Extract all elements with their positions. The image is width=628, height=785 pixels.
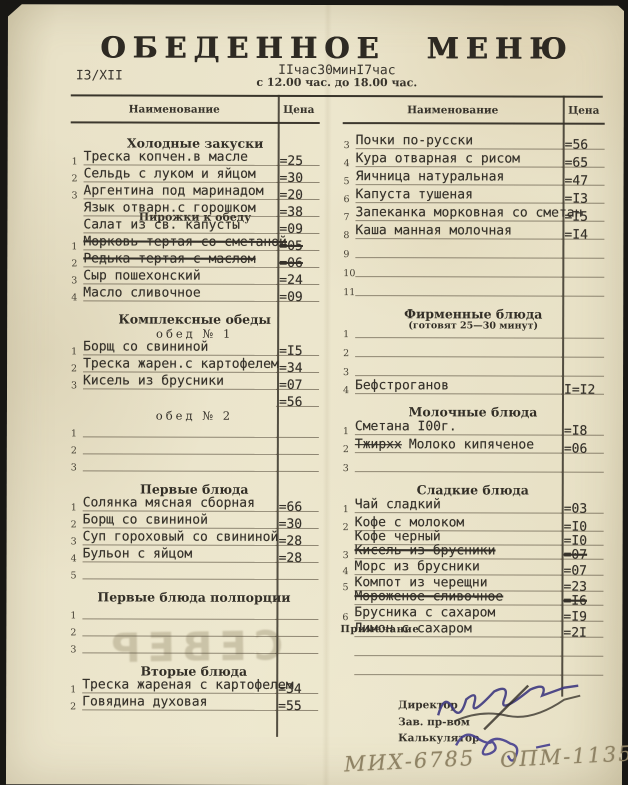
blank-row: 1 <box>69 604 318 622</box>
item-name <box>355 341 562 358</box>
item-price <box>275 638 318 654</box>
menu-item-row: 4Масло сливочное=09 <box>70 286 319 304</box>
item-number: 1 <box>343 329 349 340</box>
item-price: =28 <box>276 547 319 563</box>
item-price <box>561 323 604 339</box>
production-manager-label: Зав. пр-вом <box>398 716 608 733</box>
item-price: =28 <box>276 530 319 546</box>
item-price-text: =55 <box>278 699 302 714</box>
item-number: 1 <box>72 156 78 167</box>
item-name: Почки по-русски <box>356 133 563 150</box>
item-name <box>355 360 562 377</box>
item-price: =I6 <box>560 590 603 606</box>
item-name-text: Чай сладкий <box>355 498 441 512</box>
item-price <box>561 243 604 259</box>
item-name <box>355 322 562 339</box>
item-price <box>561 361 604 377</box>
item-price: =06 <box>276 252 319 268</box>
item-name-text: Сельдь с луком и яйцом <box>84 167 256 181</box>
signature-block: Директор Зав. пр-вом Калькулятор <box>398 699 608 749</box>
item-name <box>83 563 277 580</box>
blank-row: 3 <box>342 359 604 379</box>
item-number: 5 <box>71 570 77 581</box>
item-price-text: I=I2 <box>564 383 595 398</box>
menu-item-row: 8Каша манная молочная=I4 <box>342 223 604 242</box>
item-name: Треска жарен.с картофелем <box>83 356 277 373</box>
item-name <box>354 640 561 657</box>
item-price-text: =09 <box>279 290 303 305</box>
item-price <box>561 342 604 358</box>
section-heading-text: Сладкие блюда <box>417 482 529 497</box>
item-price: I=I2 <box>561 379 604 395</box>
item-price: =03 <box>561 498 604 514</box>
item-price: =I3 <box>562 188 605 204</box>
menu-column-left: Холодные закуски1Треска копчен.в масле=2… <box>69 132 320 713</box>
item-number: 10 <box>343 268 355 279</box>
section-heading-text: Первые блюда <box>140 482 248 497</box>
menu-item-row: 3Почки по-русски=56 <box>343 133 605 152</box>
item-price: =24 <box>276 269 319 285</box>
item-price: =55 <box>275 695 318 711</box>
item-price <box>276 422 319 438</box>
item-name-text: Салат из св. капусты <box>83 218 240 232</box>
item-price: =65 <box>562 152 605 168</box>
item-number: 2 <box>72 173 78 184</box>
menu-item-row: 3Кисель из брусники=07 <box>70 374 319 392</box>
item-price-text: =I8 <box>564 424 588 439</box>
item-name <box>355 456 562 473</box>
item-price: =I8 <box>561 420 604 436</box>
item-price-text: =2I <box>563 626 587 641</box>
paper-crease <box>322 5 332 785</box>
item-name-text: Каша манная молочная <box>355 224 512 238</box>
item-name-text: Лимон с сахаром <box>354 622 471 636</box>
item-name: Аргентина под маринадом <box>84 183 278 200</box>
item-number: 2 <box>71 519 77 530</box>
item-number: 6 <box>343 194 349 205</box>
menu-item-row: 3Суп гороховый со свининой=28 <box>70 530 319 548</box>
section-heading: Комплексные обеды <box>70 311 319 327</box>
menu-item-row: 3Аргентина под маринадом=20 <box>71 184 320 202</box>
menu-item-row: ПримечаниеЛимон с сахаром=2I <box>341 623 603 640</box>
item-number: 1 <box>70 684 76 695</box>
item-name-text: Брусника с сахаром <box>354 606 495 620</box>
item-name: Мороженое сливочное <box>354 589 561 606</box>
item-price-text: =56 <box>565 138 589 153</box>
item-name: ТжирххМолоко кипяченое <box>355 437 562 454</box>
menu-item-row: 1Борщ со свининой=I5 <box>70 340 319 358</box>
item-name: Солянка мясная сборная <box>83 495 277 512</box>
item-number: 11 <box>343 287 355 298</box>
item-number: 5 <box>342 582 348 593</box>
item-name-text: Треска копчен.в масле <box>84 150 248 164</box>
item-number: 1 <box>70 610 76 621</box>
item-name: Треска жареная с картофелем <box>82 677 276 694</box>
item-name: Чай сладкий <box>355 497 562 514</box>
item-number: 2 <box>71 258 77 269</box>
item-price-text: =I4 <box>564 228 588 243</box>
item-name: Морс из брусники <box>355 559 562 576</box>
item-price <box>560 660 603 676</box>
menu-item-row: 7Запеканка морковная со сметан=I5 <box>342 205 604 224</box>
menu-item-row: 4Бульон с яйцом=28 <box>70 547 319 565</box>
blank-row: =56 <box>70 391 319 409</box>
pencil-annotation-left: МИХ-6785 <box>344 746 476 776</box>
item-name-text: Аргентина под маринадом <box>84 184 264 198</box>
item-number: 4 <box>71 553 77 564</box>
item-name: Яичница натуральная <box>356 169 563 186</box>
item-name: Кура отварная с рисом <box>356 151 563 168</box>
menu-item-row: 2Треска жарен.с картофелем=34 <box>70 357 319 375</box>
item-price <box>561 262 604 278</box>
item-name: Кисель из брусники <box>83 373 277 390</box>
item-name-text: Борщ со свининой <box>83 340 208 354</box>
section-heading: Фирменные блюда(готовят 25—30 минут) <box>342 306 604 322</box>
item-name-text: Морс из брусники <box>355 560 480 574</box>
item-price <box>560 641 603 657</box>
item-price: =09 <box>276 218 319 234</box>
item-number: 3 <box>72 190 78 201</box>
item-number: 3 <box>343 463 349 474</box>
item-price: =07 <box>561 560 604 576</box>
menu-item-row: 1Морковь тертая со сметаной=05 <box>70 235 319 253</box>
blank-row: 3 <box>70 456 319 474</box>
item-name <box>355 280 562 297</box>
item-name-text: Яичница натуральная <box>356 170 505 184</box>
section-heading-text: Вторые блюда <box>140 664 247 679</box>
item-number: 2 <box>343 444 349 455</box>
item-name: Сельдь с луком и яйцом <box>84 166 278 183</box>
item-price <box>275 604 318 620</box>
blank-row: 2 <box>69 621 318 639</box>
item-price: =47 <box>562 170 605 186</box>
item-name-text: Солянка мясная сборная <box>83 496 255 510</box>
item-name-text: Морковь тертая со сметаной <box>83 235 287 250</box>
item-number: 3 <box>71 380 77 391</box>
item-name <box>354 659 561 676</box>
item-name: Запеканка морковная со сметан <box>355 205 562 222</box>
struck-typo: Тжирхх <box>355 438 402 452</box>
menu-item-row: 6Капуста тушеная=I3 <box>342 187 604 206</box>
item-price: =25 <box>277 150 320 166</box>
item-name-text: Кисель из брусники <box>355 544 496 558</box>
blank-row: 1 <box>70 422 319 440</box>
item-price: =06 <box>561 438 604 454</box>
menu-item-row: 1Треска копчен.в масле=25 <box>71 150 320 168</box>
item-number: 3 <box>71 275 77 286</box>
item-name: Борщ со свининой <box>83 339 277 356</box>
item-price: =09 <box>276 286 319 302</box>
section-heading-text: Комплексные обеды <box>118 311 271 326</box>
item-name: Треска копчен.в масле <box>84 149 278 166</box>
item-number: 3 <box>71 462 77 473</box>
item-price-text: =03 <box>564 502 588 517</box>
menu-item-row: 4Кура отварная с рисом=65 <box>343 151 605 170</box>
blank-row: 9 <box>342 241 604 261</box>
item-name <box>355 261 562 278</box>
item-price: =I4 <box>561 224 604 240</box>
item-name: Салат из св. капусты <box>83 217 277 234</box>
item-number: 2 <box>343 522 349 533</box>
blank-row: 2 <box>342 340 604 360</box>
blank-row: 10 <box>342 260 604 280</box>
item-name <box>83 455 277 472</box>
item-number: 3 <box>71 536 77 547</box>
item-number: 5 <box>344 176 350 187</box>
item-price: =30 <box>276 513 319 529</box>
blank-row: 1 <box>342 321 604 341</box>
item-number: 1 <box>71 428 77 439</box>
item-price: =2I <box>560 622 603 638</box>
item-name: Морковь тертая со сметаной <box>83 234 277 251</box>
menu-item-row: 3Сыр пошехонский=24 <box>70 269 319 287</box>
menu-item-row: 1Чай сладкий=03 <box>342 497 604 516</box>
item-number: 3 <box>70 644 76 655</box>
blank-row: 3 <box>69 638 318 656</box>
item-name-text: Суп гороховый со свининой <box>83 530 279 545</box>
item-name <box>82 637 276 654</box>
item-number: 8 <box>343 230 349 241</box>
paper-corner-shadow <box>6 2 24 18</box>
item-price: =30 <box>277 167 320 183</box>
item-name: Говядина духовая <box>82 694 276 711</box>
blank-row: 11 <box>342 279 604 299</box>
section-heading: Сладкие блюда <box>342 482 604 498</box>
column-header-name-right: Наименование <box>343 104 563 117</box>
item-name: Брусника с сахаром <box>354 605 561 622</box>
director-label: Директор <box>398 699 608 716</box>
item-name-text: Почки по-русски <box>356 134 473 148</box>
menu-item-row: 4БефстрогановI=I2 <box>342 378 604 397</box>
item-name-text: Говядина духовая <box>82 695 207 709</box>
section-heading-text: Молочные блюда <box>408 404 537 419</box>
item-price-text: =65 <box>565 156 589 171</box>
item-number: 4 <box>343 566 349 577</box>
item-number: 3 <box>343 550 349 561</box>
item-price: =34 <box>276 357 319 373</box>
item-number: 9 <box>343 249 349 260</box>
item-number: 2 <box>71 363 77 374</box>
item-number: 4 <box>344 158 350 169</box>
item-number: 1 <box>71 346 77 357</box>
column-header-price-right: Цена <box>563 105 605 117</box>
item-name-text: Сметана I00г. <box>355 420 457 434</box>
item-number: 3 <box>343 367 349 378</box>
item-name-text: Молоко кипяченое <box>409 438 534 452</box>
table-top-rule <box>71 94 603 97</box>
item-price: =56 <box>562 134 605 150</box>
menu-item-row: Салат из св. капусты=09 <box>70 218 319 236</box>
item-price-text: =56 <box>279 395 303 410</box>
item-name <box>82 620 276 637</box>
item-number: 2 <box>343 348 349 359</box>
menu-item-row: 2Говядина духовая=55 <box>69 695 318 713</box>
item-name-text: Бефстроганов <box>355 379 449 393</box>
item-name: Капуста тушеная <box>356 187 563 204</box>
item-price <box>561 281 604 297</box>
item-name-text: Кисель из брусники <box>83 374 224 388</box>
item-price-text: =47 <box>565 174 589 189</box>
item-name <box>83 438 277 455</box>
item-name-text: Язык отварн.с горошком <box>83 201 255 215</box>
item-name: Бефстроганов <box>355 378 562 395</box>
item-price <box>561 457 604 473</box>
paper-corner-shadow <box>616 4 626 13</box>
item-number: 4 <box>71 292 77 303</box>
item-price <box>276 439 319 455</box>
item-name: Лимон с сахаром <box>354 621 561 638</box>
menu-item-row: 2Редька тертая с маслом=06 <box>70 252 319 270</box>
item-name-text: Запеканка морковная со сметан <box>355 206 582 221</box>
menu-item-row: 2Сельдь с луком и яйцом=30 <box>71 167 320 185</box>
item-price: =56 <box>276 391 319 407</box>
menu-item-row: 2Борщ со свининой=30 <box>70 513 319 531</box>
item-price: =I5 <box>276 340 319 356</box>
menu-item-row: 1Треска жареная с картофелем=34 <box>69 678 318 696</box>
item-number: 1 <box>71 502 77 513</box>
item-name-text: Редька тертая с маслом <box>83 252 255 266</box>
item-number: 3 <box>344 140 350 151</box>
section-heading: Молочные блюда <box>342 404 604 420</box>
item-number: 1 <box>343 426 349 437</box>
item-name: Масло сливочное <box>83 285 277 302</box>
item-name <box>83 421 277 438</box>
page-title: ОБЕДЕННОЕ МЕНЮ <box>71 30 603 65</box>
column-header-name-left: Наименование <box>71 103 278 116</box>
menu-item-row: 5Яичница натуральная=47 <box>343 169 605 188</box>
item-name: Борщ со свининой <box>83 512 277 529</box>
item-number: 2 <box>71 445 77 456</box>
item-number: 7 <box>343 212 349 223</box>
item-name: Бульон с яйцом <box>83 546 277 563</box>
item-price <box>275 621 318 637</box>
section-heading-text: Фирменные блюда <box>404 306 542 321</box>
item-number: 2 <box>70 701 76 712</box>
item-number: 1 <box>71 241 77 252</box>
item-name-text: Треска жарен.с картофелем <box>83 357 279 372</box>
typed-hours: IIчас30минI7час <box>71 62 603 78</box>
item-name-text: Капуста тушеная <box>356 188 473 202</box>
menu-item-row: 1Солянка мясная сборная=66 <box>70 496 319 514</box>
item-name: Каша манная молочная <box>355 223 562 240</box>
item-name-text: Борщ со свининой <box>83 513 208 527</box>
item-name-text: Масло сливочное <box>83 286 200 300</box>
item-name <box>83 391 277 407</box>
header-rule-right <box>343 122 605 124</box>
item-price <box>276 564 319 580</box>
item-name: Редька тертая с маслом <box>83 251 277 268</box>
item-price <box>276 456 319 472</box>
item-name-text: Мороженое сливочное <box>354 590 503 604</box>
menu-column-right: 3Почки по-русски=564Кура отварная с рисо… <box>341 133 604 678</box>
blank-row <box>341 639 603 659</box>
blank-row: 3 <box>342 455 604 475</box>
menu-item-row: 1Сметана I00г.=I8 <box>342 419 604 438</box>
item-name: Сметана I00г. <box>355 419 562 436</box>
item-price: =07 <box>276 374 319 390</box>
item-name-text: Треска жареная с картофелем <box>82 678 293 693</box>
item-price-text: =I3 <box>564 192 588 207</box>
blank-row: 2 <box>70 439 319 457</box>
section-heading-text: Холодные закуски <box>127 136 264 151</box>
item-number: 6 <box>342 612 348 623</box>
item-price: =I9 <box>560 606 603 622</box>
blank-row <box>341 658 603 678</box>
menu-item-row: 2ТжирххМолоко кипяченое=06 <box>342 437 604 456</box>
item-name: Сыр пошехонский <box>83 268 277 285</box>
item-name <box>355 242 562 259</box>
menu-document: СЕВЕР ОБЕДЕННОЕ МЕНЮ I3/ХII IIчас30минI7… <box>6 4 624 785</box>
blank-row: 5 <box>70 564 319 582</box>
item-number: 1 <box>343 504 349 515</box>
item-price: =20 <box>277 184 320 200</box>
column-header-price-left: Цена <box>278 104 320 116</box>
item-name: Суп гороховый со свининой <box>83 529 277 546</box>
item-price: =07 <box>561 544 604 560</box>
item-number: 2 <box>70 627 76 638</box>
item-name-text: Сыр пошехонский <box>83 269 200 283</box>
header-rule-left <box>71 121 320 123</box>
item-price: =66 <box>276 496 319 512</box>
item-price-text: =06 <box>564 442 588 457</box>
item-name <box>82 603 276 620</box>
item-number: 4 <box>343 385 349 396</box>
item-name-text: Бульон с яйцом <box>83 547 193 561</box>
item-name: Кисель из брусники <box>355 543 562 560</box>
item-name-text: Кура отварная с рисом <box>356 152 520 166</box>
item-name: Язык отварн.с горошком <box>83 200 277 217</box>
